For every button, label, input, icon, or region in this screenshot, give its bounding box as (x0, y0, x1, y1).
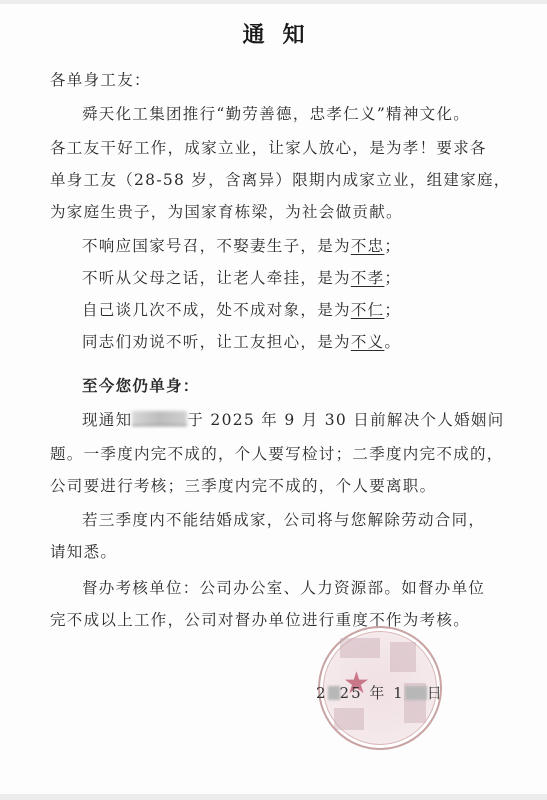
virtue-line: 不听从父母之话，让老人牵挂，是为不孝； (82, 266, 401, 288)
virtue-term: 不孝 (351, 269, 385, 287)
issue-date: 225 年 1日 (316, 682, 444, 703)
virtue-line: 自己谈几次不成，处不成对象，是为不仁； (82, 298, 401, 320)
redacted-digit (405, 686, 427, 700)
paragraph-line: 单身工友（28-58 岁，含离异）限期内成家立业，组建家庭， (50, 168, 511, 190)
redacted-digit (328, 686, 340, 700)
notice-line: 公司要进行考核；三季度内完不成的，个人要离职。 (50, 474, 436, 496)
notice-line: 题。一季度内完不成的，个人要写检讨；二季度内完不成的， (50, 442, 504, 464)
paragraph-line: 各工友干好工作，成家立业，让家人放心，是为孝！要求各 (50, 136, 487, 158)
virtue-line: 不响应国家号召，不娶妻生子，是为不忠； (82, 234, 401, 256)
supervision-line: 督办考核单位：公司办公室、人力资源部。如督办单位 (82, 576, 485, 598)
salutation: 各单身工友： (50, 68, 151, 90)
virtue-term: 不忠 (351, 237, 385, 255)
notice-line: 现通知于 2025 年 9 月 30 日前解决个人婚姻问 (82, 408, 505, 430)
document-title: 通知 (0, 18, 547, 49)
termination-line: 若三季度内不能结婚成家，公司将与您解除劳动合同， (82, 508, 485, 530)
virtue-term: 不仁 (351, 301, 385, 319)
paragraph-line: 为家庭生贵子，为国家育栋梁，为社会做贡献。 (50, 200, 403, 222)
redacted-name (132, 411, 187, 426)
supervision-line: 完不成以上工作，公司对督办单位进行重度不作为考核。 (50, 608, 470, 630)
virtue-line: 同志们劝说不听，让工友担心，是为不义。 (82, 330, 401, 352)
document-page: 通知 各单身工友： 舜天化工集团推行“勤劳善德，忠孝仁义”精神文化。 各工友干好… (0, 4, 547, 794)
termination-line: 请知悉。 (50, 540, 117, 562)
virtue-term: 不义 (351, 333, 385, 351)
subheading: 至今您仍单身： (82, 374, 200, 396)
paragraph-line: 舜天化工集团推行“勤劳善德，忠孝仁义”精神文化。 (82, 102, 470, 124)
